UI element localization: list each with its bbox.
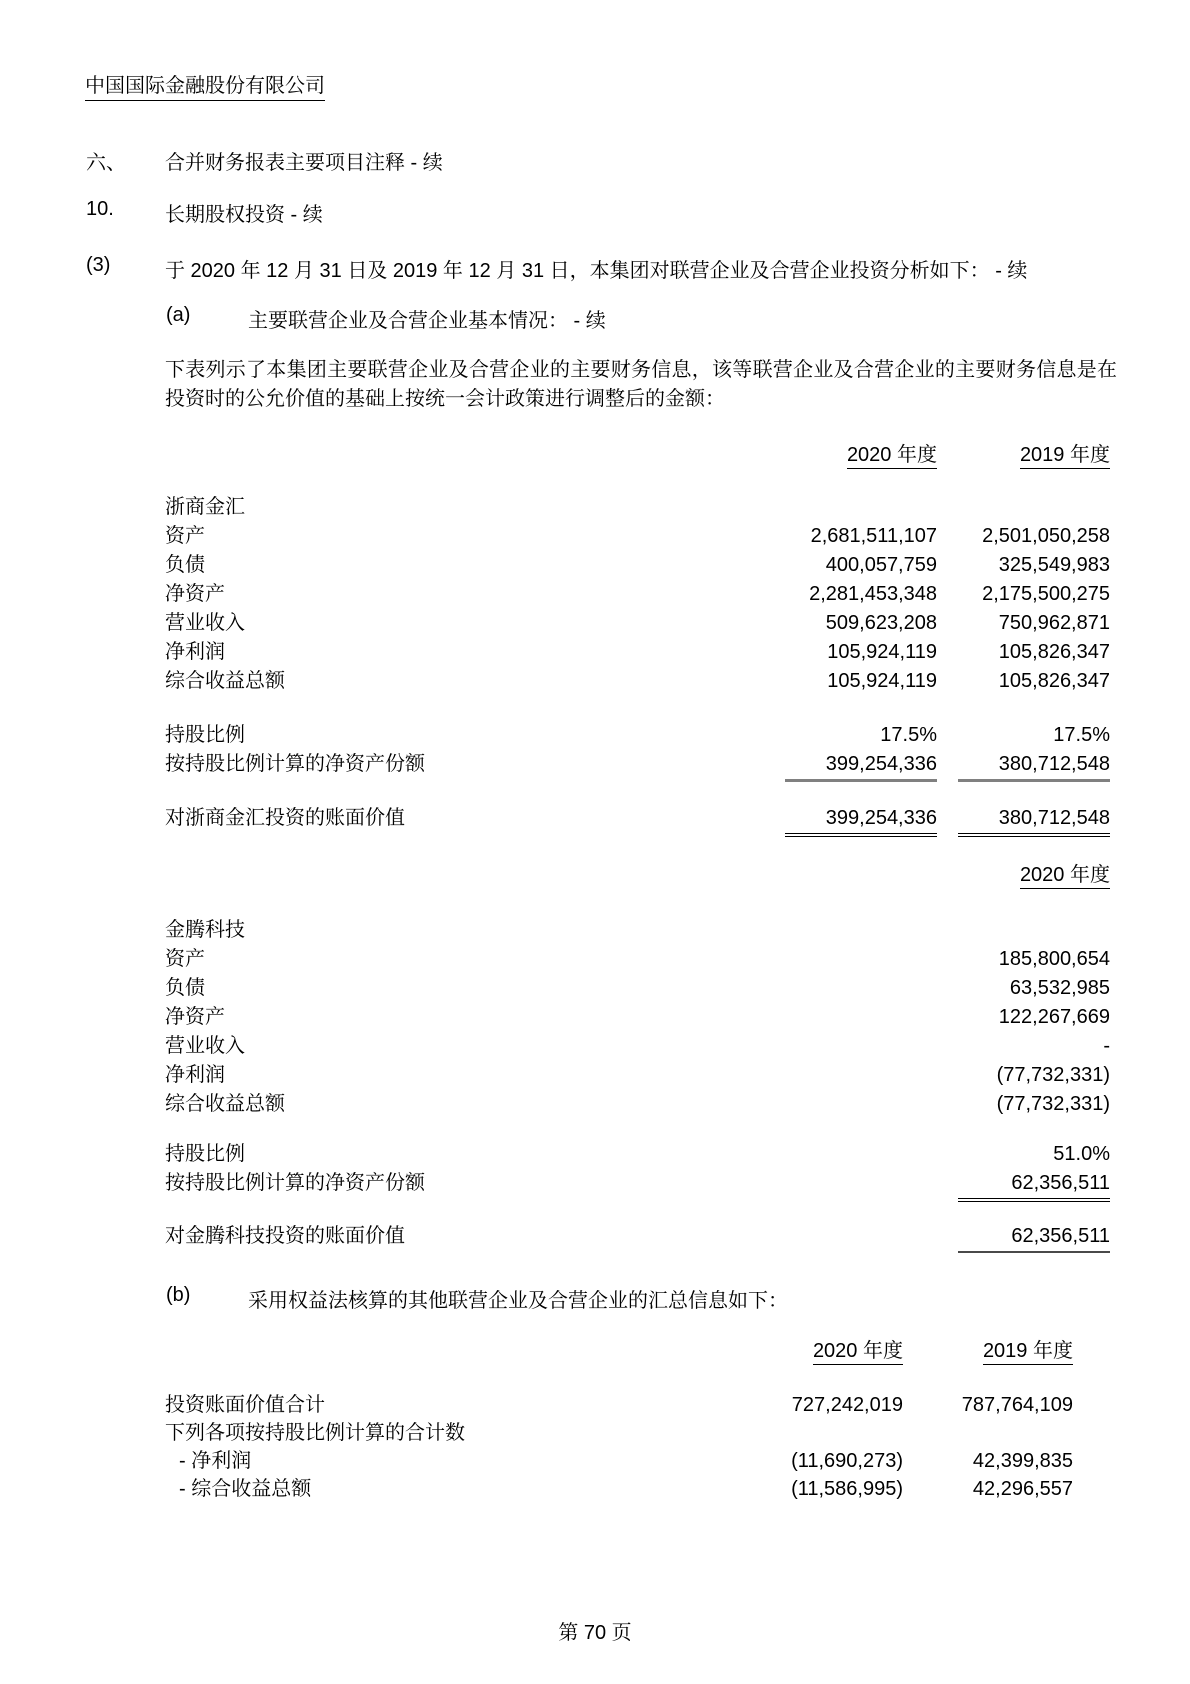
value-2020: 62,356,511: [958, 1169, 1110, 1199]
value-2020: 727,242,019: [725, 1391, 903, 1419]
value-2019: 787,764,109: [903, 1391, 1073, 1419]
value-2020: 62,356,511: [958, 1222, 1110, 1253]
value-2020: (77,732,331): [937, 1090, 1110, 1119]
table-zheshang-header: 2020 年度 2019 年度: [165, 441, 1110, 470]
holding-ratio-row: 持股比例 17.5% 17.5%: [165, 721, 1110, 750]
table-other: 投资账面价值合计 727,242,019 787,764,109 下列各项按持股…: [165, 1391, 1073, 1503]
value-2020: 51.0%: [937, 1140, 1110, 1169]
value-2020: 105,924,119: [725, 667, 937, 696]
value-2020: 2,681,511,107: [725, 522, 937, 551]
item-a-number: (a): [166, 304, 190, 327]
table-row: 资产 2,681,511,107 2,501,050,258: [165, 522, 1110, 551]
table-row: 净利润 (77,732,331): [165, 1061, 1110, 1090]
table-row: 净资产 122,267,669: [165, 1003, 1110, 1032]
value-2020: 509,623,208: [725, 609, 937, 638]
row-label: 净资产: [165, 1003, 725, 1032]
row-label: - 净利润: [165, 1447, 725, 1475]
value-2020: 400,057,759: [725, 551, 937, 580]
value-2019: 42,296,557: [903, 1475, 1073, 1503]
intro-paragraph: 下表列示了本集团主要联营企业及合营企业的主要财务信息，该等联营企业及合营企业的主…: [165, 356, 1117, 414]
row-label: 持股比例: [165, 721, 725, 750]
column-header-2020: 2020 年度: [725, 441, 937, 470]
item-b-number: (b): [166, 1284, 190, 1307]
value-2019: 750,962,871: [937, 609, 1110, 638]
value-2020: 122,267,669: [937, 1003, 1110, 1032]
row-label: 对浙商金汇投资的账面价值: [165, 804, 725, 833]
carrying-value-row: 对浙商金汇投资的账面价值 399,254,336 380,712,548: [165, 804, 1110, 833]
value-2020: 185,800,654: [937, 945, 1110, 974]
table-row: - 净利润 (11,690,273) 42,399,835: [165, 1447, 1073, 1475]
table-row: 浙商金汇: [165, 493, 1110, 522]
column-header-2020: 2020 年度: [725, 1337, 903, 1365]
value-2020: 399,254,336: [785, 804, 937, 834]
value-2020: 2,281,453,348: [725, 580, 937, 609]
value-2020: 105,924,119: [725, 638, 937, 667]
table-jinteng: 金腾科技 资产 185,800,654 负债 63,532,985 净资产 12…: [165, 916, 1110, 1251]
item3-text: 于 2020 年 12 月 31 日及 2019 年 12 月 31 日，本集团…: [165, 254, 1027, 283]
row-label: 营业收入: [165, 609, 725, 638]
table-jinteng-header: 2020 年度: [165, 861, 1110, 890]
carrying-value-row: 对金腾科技投资的账面价值 62,356,511: [165, 1222, 1110, 1251]
value-2019: 2,501,050,258: [937, 522, 1110, 551]
table-row: 下列各项按持股比例计算的合计数: [165, 1419, 1073, 1447]
value-2020: 63,532,985: [937, 974, 1110, 1003]
table-zheshang: 浙商金汇 资产 2,681,511,107 2,501,050,258 负债 4…: [165, 493, 1110, 833]
document-page: 中国国际金融股份有限公司 六、 合并财务报表主要项目注释 - 续 10. 长期股…: [0, 0, 1190, 1684]
value-2020: [725, 1419, 903, 1447]
value-2019: [903, 1419, 1073, 1447]
row-label: 资产: [165, 522, 725, 551]
group-name: 金腾科技: [165, 916, 725, 945]
table-row: 营业收入 509,623,208 750,962,871: [165, 609, 1110, 638]
row-label: 按持股比例计算的净资产份额: [165, 1169, 725, 1198]
value-2020: -: [937, 1032, 1110, 1061]
company-name: 中国国际金融股份有限公司: [85, 69, 325, 101]
value-2019: 2,175,500,275: [937, 580, 1110, 609]
item3-number: (3): [86, 254, 110, 277]
row-label: 净利润: [165, 1061, 725, 1090]
item-b-title: 采用权益法核算的其他联营企业及合营企业的汇总信息如下：: [248, 1284, 788, 1313]
row-label: - 综合收益总额: [165, 1475, 725, 1503]
row-label: 综合收益总额: [165, 667, 725, 696]
item-a-title: 主要联营企业及合营企业基本情况： - 续: [248, 304, 606, 333]
column-header-2019: 2019 年度: [903, 1337, 1073, 1365]
table-row: 净利润 105,924,119 105,826,347: [165, 638, 1110, 667]
value-2019: 17.5%: [937, 721, 1110, 750]
value-2020: 17.5%: [725, 721, 937, 750]
row-label: 下列各项按持股比例计算的合计数: [165, 1419, 725, 1447]
row-label: 持股比例: [165, 1140, 725, 1169]
value-2020: (11,690,273): [725, 1447, 903, 1475]
row-label: 净资产: [165, 580, 725, 609]
value-2020: 399,254,336: [785, 750, 937, 782]
table-other-header: 2020 年度 2019 年度: [165, 1337, 1073, 1365]
column-header-2020: 2020 年度: [937, 861, 1110, 890]
row-label: 综合收益总额: [165, 1090, 725, 1119]
table-row: 负债 400,057,759 325,549,983: [165, 551, 1110, 580]
table-row: 资产 185,800,654: [165, 945, 1110, 974]
row-label: 对金腾科技投资的账面价值: [165, 1222, 725, 1251]
row-label: 负债: [165, 974, 725, 1003]
row-label: 按持股比例计算的净资产份额: [165, 750, 725, 779]
section-title: 合并财务报表主要项目注释 - 续: [165, 146, 443, 175]
value-2019: 325,549,983: [937, 551, 1110, 580]
net-asset-share-row: 按持股比例计算的净资产份额 62,356,511: [165, 1169, 1110, 1198]
net-asset-share-row: 按持股比例计算的净资产份额 399,254,336 380,712,548: [165, 750, 1110, 779]
value-2019: 42,399,835: [903, 1447, 1073, 1475]
table-row: 净资产 2,281,453,348 2,175,500,275: [165, 580, 1110, 609]
row-label: 负债: [165, 551, 725, 580]
table-row: 金腾科技: [165, 916, 1110, 945]
value-2020: (77,732,331): [937, 1061, 1110, 1090]
table-row: 综合收益总额 105,924,119 105,826,347: [165, 667, 1110, 696]
group-name: 浙商金汇: [165, 493, 725, 522]
table-row: 投资账面价值合计 727,242,019 787,764,109: [165, 1391, 1073, 1419]
row-label: 投资账面价值合计: [165, 1391, 725, 1419]
header-spacer: [165, 441, 725, 470]
page-number: 第 70 页: [0, 1616, 1190, 1645]
holding-ratio-row: 持股比例 51.0%: [165, 1140, 1110, 1169]
section-number: 六、: [86, 146, 126, 175]
column-header-2019: 2019 年度: [937, 441, 1110, 470]
value-2019: 105,826,347: [937, 667, 1110, 696]
note-number: 10.: [86, 198, 114, 221]
row-label: 净利润: [165, 638, 725, 667]
value-2019: 380,712,548: [958, 804, 1110, 834]
value-2020: (11,586,995): [725, 1475, 903, 1503]
table-row: - 综合收益总额 (11,586,995) 42,296,557: [165, 1475, 1073, 1503]
value-2019: 380,712,548: [958, 750, 1110, 782]
table-row: 营业收入 -: [165, 1032, 1110, 1061]
value-2019: 105,826,347: [937, 638, 1110, 667]
table-row: 综合收益总额 (77,732,331): [165, 1090, 1110, 1119]
table-row: 负债 63,532,985: [165, 974, 1110, 1003]
note-title: 长期股权投资 - 续: [165, 198, 323, 227]
row-label: 资产: [165, 945, 725, 974]
row-label: 营业收入: [165, 1032, 725, 1061]
